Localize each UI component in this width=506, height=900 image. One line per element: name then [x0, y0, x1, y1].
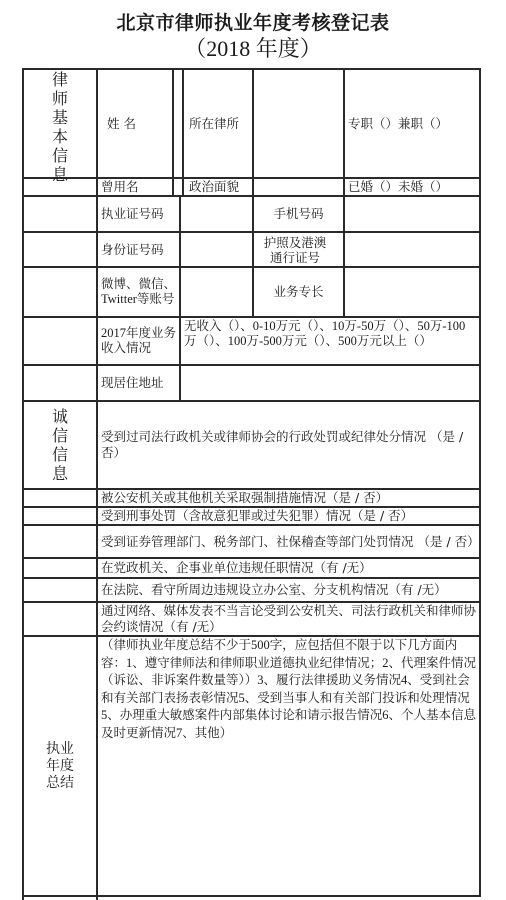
integrity-item-illegal-position[interactable]: 在党政机关、企事业单位违规任职情况（有 /无）: [98, 559, 479, 577]
firm-label: 所在律所: [186, 70, 252, 177]
integrity-item-coercive-measures[interactable]: 被公安机关或其他机关采取强制措施情况（是 / 否）: [98, 490, 479, 506]
license-no-label: 执业证号码: [98, 197, 179, 231]
former-name-field[interactable]: [174, 179, 182, 195]
section-label-basic-info: 律师基本信息: [24, 70, 96, 177]
integrity-item-admin-penalty[interactable]: 受到过司法行政机关或律师协会的行政处罚或纪律处分情况 （是 / 否）: [98, 402, 479, 488]
social-accounts-field[interactable]: [181, 268, 252, 316]
document-subtitle: （2018 年度）: [0, 32, 506, 63]
employment-type-field[interactable]: 专职（）兼职（）: [345, 70, 479, 177]
passport-field[interactable]: [345, 233, 479, 266]
social-accounts-label: 微博、微信、Twitter等账号: [98, 268, 179, 316]
specialty-field[interactable]: [345, 268, 479, 316]
integrity-item-improper-speech[interactable]: 通过网络、媒体发表不当言论受到公安机关、司法行政机关和律师协会约谈情况（有 /无…: [98, 603, 479, 635]
political-field[interactable]: [254, 179, 343, 195]
address-field[interactable]: [181, 366, 479, 400]
annual-summary-field[interactable]: （律师执业年度总结不少于500字，应包括但不限于以下几方面内容：1、遵守律师法和…: [98, 637, 479, 895]
former-name-label: 曾用名: [98, 179, 172, 195]
license-no-field[interactable]: [181, 197, 252, 231]
firm-field[interactable]: [254, 70, 343, 177]
name-field[interactable]: [174, 70, 182, 177]
phone-field[interactable]: [345, 197, 479, 231]
id-no-field[interactable]: [181, 233, 252, 266]
document-title: 北京市律师执业年度考核登记表: [0, 8, 506, 35]
table-border: [479, 68, 481, 897]
integrity-item-illegal-office[interactable]: 在法院、看守所周边违规设立办公室、分支机构情况（有 /无）: [98, 579, 479, 601]
integrity-item-criminal-penalty[interactable]: 受到刑事处罚（含故意犯罪或过失犯罪）情况（是 / 否）: [98, 508, 479, 524]
phone-label: 手机号码: [254, 197, 343, 231]
row-divider: [22, 895, 481, 897]
passport-label: 护照及港澳通行证号: [256, 233, 334, 266]
income-options-field[interactable]: 无收入（）、0-10万元（）、10万-50万（）、50万-100万（）、100万…: [181, 318, 479, 364]
column-divider: [182, 68, 184, 197]
specialty-label: 业务专长: [254, 268, 343, 316]
marital-status-field[interactable]: 已婚（）未婚（）: [345, 179, 479, 195]
name-label: 姓 名: [104, 70, 172, 177]
section-label-annual-summary: 执业年度总结: [24, 637, 96, 895]
section-label-integrity: 诚信信息: [24, 402, 96, 488]
integrity-item-securities-tax-penalty[interactable]: 受到证券管理部门、税务部门、社保稽查等部门处罚情况 （是 / 否）: [98, 526, 479, 557]
income-label: 2017年度业务收入情况: [98, 318, 179, 364]
address-label: 现居住地址: [98, 366, 179, 400]
political-label: 政治面貌: [186, 179, 252, 195]
id-no-label: 身份证号码: [98, 233, 179, 266]
